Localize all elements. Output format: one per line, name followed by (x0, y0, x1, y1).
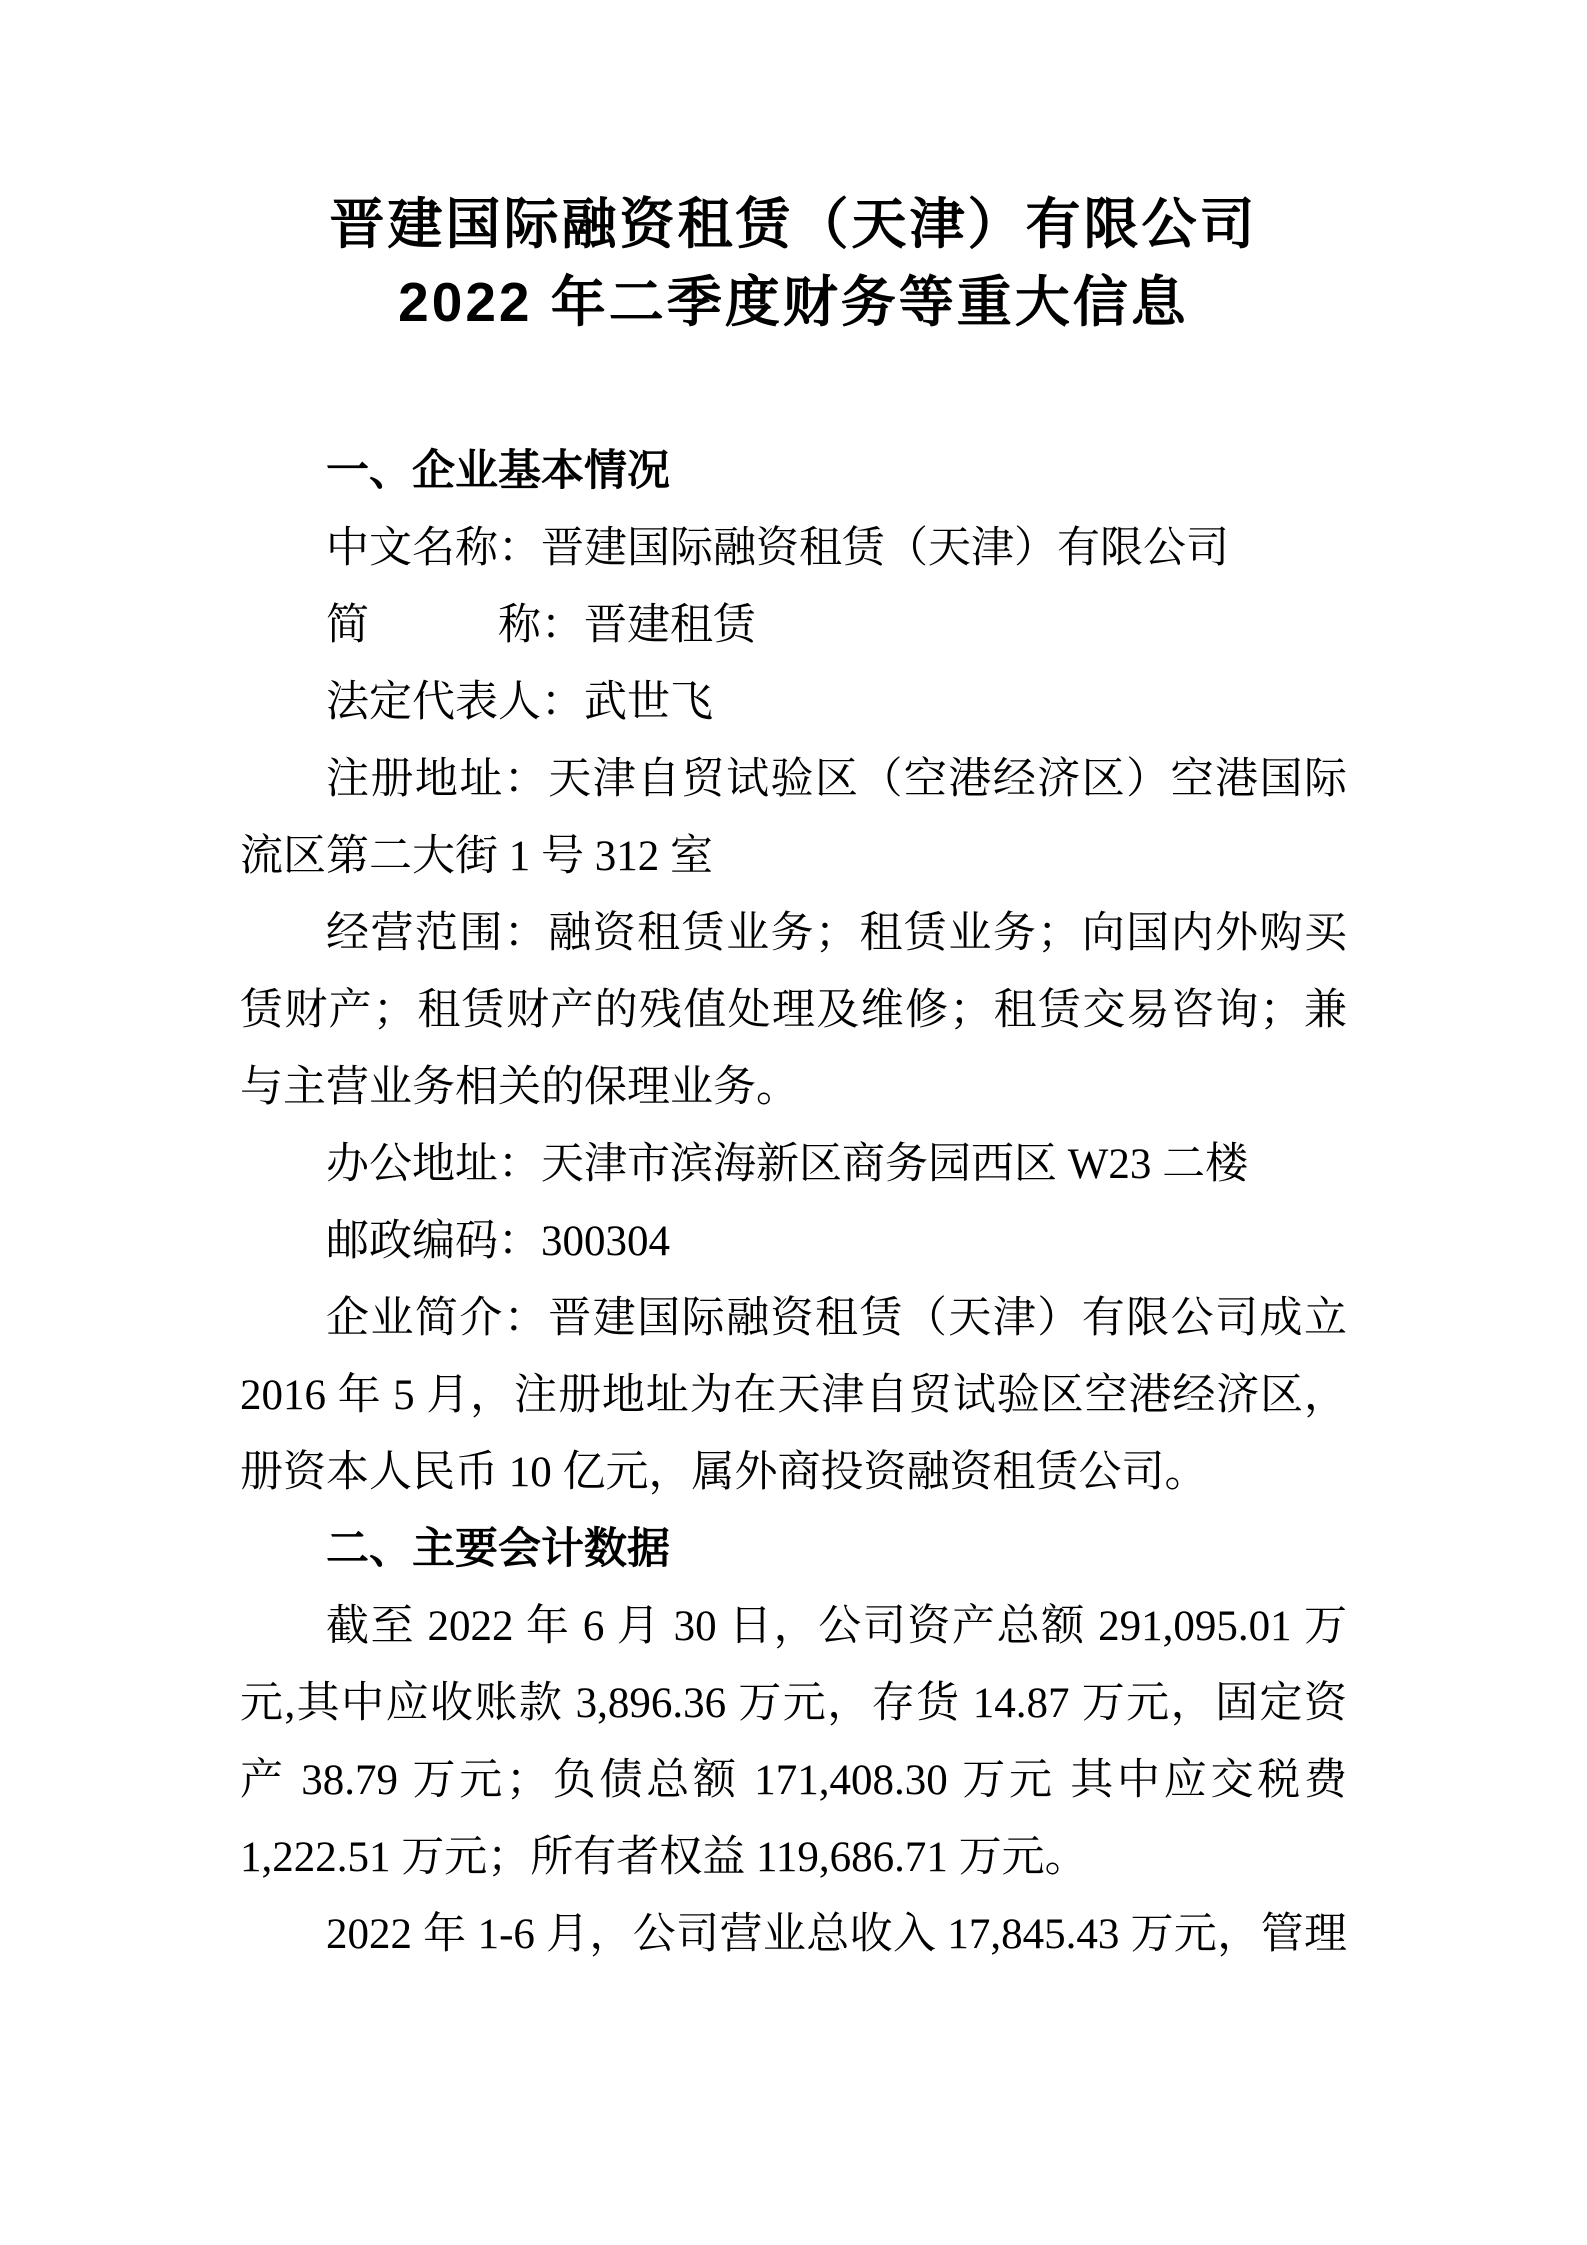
line-registered-address-1: 注册地址：天津自贸试验区（空港经济区）空港国际物 (240, 741, 1347, 818)
line-accounting-data-4: 1,222.51 万元；所有者权益 119,686.71 万元。 (240, 1819, 1347, 1896)
document-body: 一、企业基本情况 中文名称：晋建国际融资租赁（天津）有限公司 简 称：晋建租赁 … (0, 433, 1587, 1973)
line-accounting-data-2: 元,其中应收账款 3,896.36 万元，存货 14.87 万元，固定资 (240, 1665, 1347, 1742)
section-2-heading: 二、主要会计数据 (240, 1511, 1347, 1588)
line-legal-representative: 法定代表人：武世飞 (240, 664, 1347, 741)
line-office-address: 办公地址：天津市滨海新区商务园西区 W23 二楼 (240, 1126, 1347, 1203)
line-revenue-1: 2022 年 1-6 月，公司营业总收入 17,845.43 万元，管理 (240, 1896, 1347, 1973)
title-line-2: 2022 年二季度财务等重大信息 (0, 263, 1587, 341)
line-company-profile-3: 册资本人民币 10 亿元，属外商投资融资租赁公司。 (240, 1434, 1347, 1511)
line-company-profile-1: 企业简介：晋建国际融资租赁（天津）有限公司成立于 (240, 1280, 1347, 1357)
title-line-1: 晋建国际融资租赁（天津）有限公司 (0, 185, 1587, 263)
line-business-scope-2: 赁财产；租赁财产的残值处理及维修；租赁交易咨询；兼营 (240, 972, 1347, 1049)
document-title: 晋建国际融资租赁（天津）有限公司 2022 年二季度财务等重大信息 (0, 0, 1587, 341)
document-page: 晋建国际融资租赁（天津）有限公司 2022 年二季度财务等重大信息 一、企业基本… (0, 0, 1587, 2245)
line-postal-code: 邮政编码：300304 (240, 1203, 1347, 1280)
line-short-name: 简 称：晋建租赁 (240, 587, 1347, 664)
line-company-profile-2: 2016 年 5 月，注册地址为在天津自贸试验区空港经济区，注 (240, 1357, 1347, 1434)
line-business-scope-1: 经营范围：融资租赁业务；租赁业务；向国内外购买租 (240, 895, 1347, 972)
line-accounting-data-1: 截至 2022 年 6 月 30 日，公司资产总额 291,095.01 万 (240, 1588, 1347, 1665)
line-business-scope-3: 与主营业务相关的保理业务。 (240, 1049, 1347, 1126)
section-1-heading: 一、企业基本情况 (240, 433, 1347, 510)
line-accounting-data-3: 产 38.79 万元；负债总额 171,408.30 万元 其中应交税费 (240, 1742, 1347, 1819)
line-chinese-name: 中文名称：晋建国际融资租赁（天津）有限公司 (240, 510, 1347, 587)
line-registered-address-2: 流区第二大街 1 号 312 室 (240, 818, 1347, 895)
